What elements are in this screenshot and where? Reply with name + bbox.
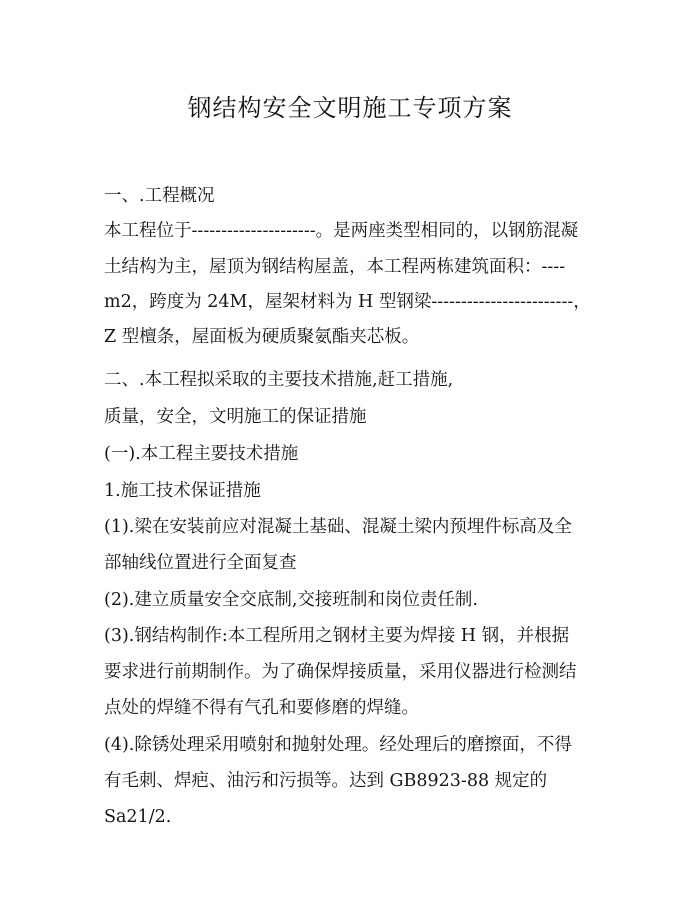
- subsection-heading: (一).本工程主要技术措施: [104, 442, 298, 466]
- paragraph-line: Z 型檀条，屋面板为硬质聚氨酯夹芯板。: [104, 325, 419, 349]
- list-item-3: (3).钢结构制作:本工程所用之钢材主要为焊接 H 钢，并根据: [104, 624, 569, 648]
- list-item-3-cont: 点处的焊缝不得有气孔和要修磨的焊缝。: [104, 696, 419, 720]
- paragraph-line: 土结构为主，屋顶为钢结构屋盖，本工程两栋建筑面积：----: [104, 255, 565, 279]
- paragraph-line: m2，跨度为 24M，屋架材料为 H 型钢梁------------------…: [104, 290, 591, 314]
- section-heading-1: 一、.工程概况: [104, 184, 215, 208]
- document-title: 钢结构安全文明施工专项方案: [0, 92, 700, 124]
- list-item-4-cont: 有毛刺、焊疤、油污和污损等。达到 GB8923-88 规定的: [104, 769, 547, 793]
- list-item-2: (2).建立质量安全交底制,交接班制和岗位责任制.: [104, 588, 478, 612]
- paragraph-line: 本工程位于---------------------。是两座类型相同的，以钢筋混…: [104, 219, 578, 243]
- subsection-item-heading: 1.施工技术保证措施: [104, 479, 261, 503]
- list-item-1: (1).梁在安装前应对混凝土基础、混凝土梁内预埋件标高及全: [104, 515, 572, 539]
- list-item-4-cont: Sa21/2.: [104, 805, 171, 829]
- section-heading-2: 二、.本工程拟采取的主要技术措施,赶工措施,: [104, 368, 453, 392]
- list-item-3-cont: 要求进行前期制作。为了确保焊接质量，采用仪器进行检测结: [104, 660, 577, 684]
- list-item-1-cont: 部轴线位置进行全面复查: [104, 551, 297, 575]
- section-heading-2-cont: 质量，安全，文明施工的保证措施: [104, 405, 367, 429]
- list-item-4: (4).除锈处理采用喷射和抛射处理。经处理后的磨擦面，不得: [104, 733, 572, 757]
- document-page: 钢结构安全文明施工专项方案 一、.工程概况 本工程位于-------------…: [0, 0, 700, 905]
